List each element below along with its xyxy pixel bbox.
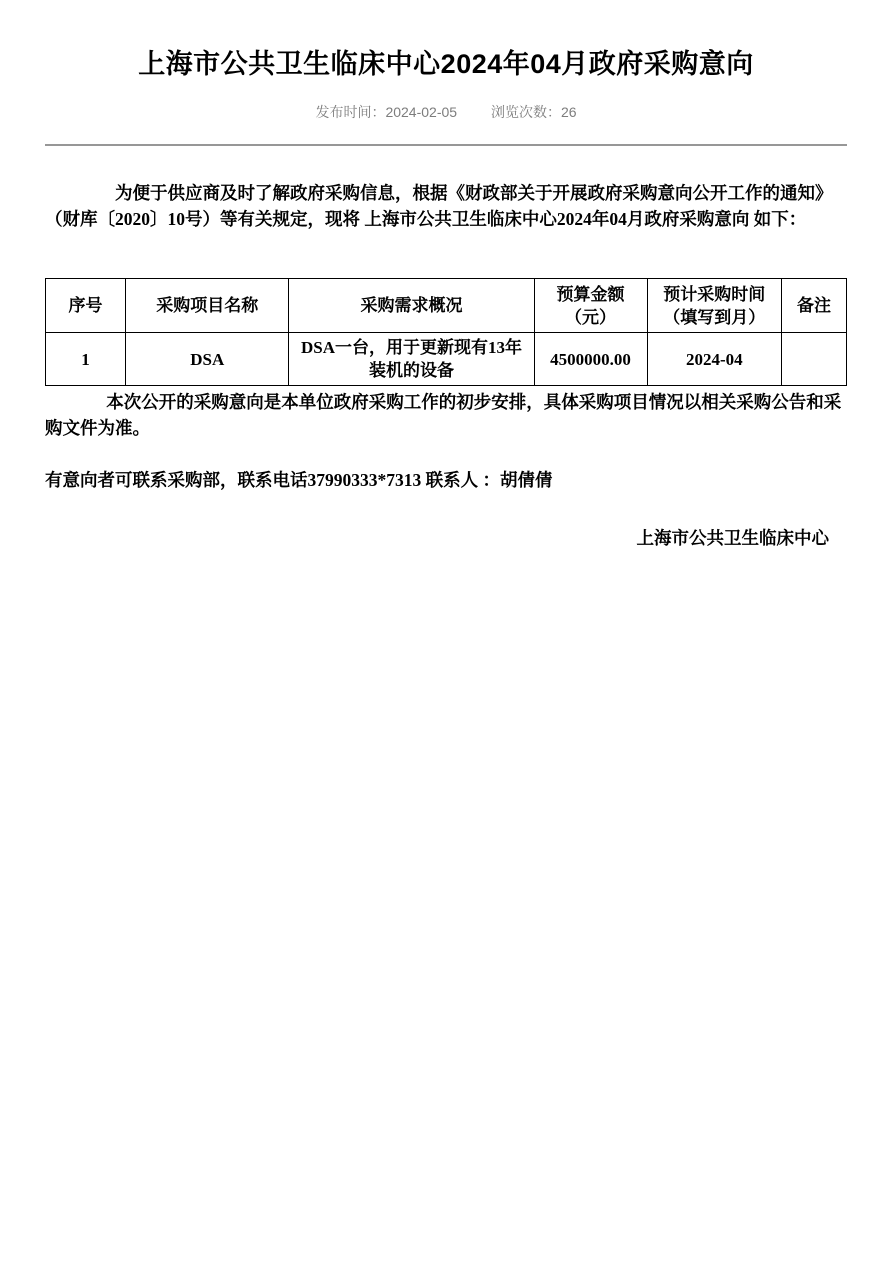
signature-org-name: 上海市公共卫生临床中心: [45, 525, 847, 551]
procurement-intent-table: 序号 采购项目名称 采购需求概况 预算金额 （元） 预计采购时间 （填写到月） …: [45, 278, 847, 386]
header-expected-time: 预计采购时间 （填写到月）: [647, 279, 782, 333]
document-page: 上海市公共卫生临床中心2024年04月政府采购意向 发布时间：2024-02-0…: [0, 0, 892, 1262]
contact-line: 有意向者可联系采购部，联系电话37990333*7313 联系人 ：胡倩倩: [45, 467, 847, 493]
cell-project-name: DSA: [126, 333, 289, 386]
header-serial-number: 序号: [46, 279, 126, 333]
note-paragraph: 本次公开的采购意向是本单位政府采购工作的初步安排，具体采购项目情况以相关采购公告…: [45, 389, 847, 441]
cell-remarks: [782, 333, 847, 386]
header-demand-overview: 采购需求概况: [289, 279, 534, 333]
publish-time: 发布时间：2024-02-05: [315, 102, 457, 122]
header-project-name: 采购项目名称: [126, 279, 289, 333]
table-row: 1 DSA DSA一台，用于更新现有13年装机的设备 4500000.00 20…: [46, 333, 847, 386]
meta-line: 发布时间：2024-02-05 浏览次数：26: [45, 102, 847, 122]
header-remarks: 备注: [782, 279, 847, 333]
intro-paragraph: 为便于供应商及时了解政府采购信息，根据《财政部关于开展政府采购意向公开工作的通知…: [45, 180, 847, 232]
table-header-row: 序号 采购项目名称 采购需求概况 预算金额 （元） 预计采购时间 （填写到月） …: [46, 279, 847, 333]
view-count: 浏览次数：26: [491, 102, 577, 122]
cell-serial-number: 1: [46, 333, 126, 386]
header-divider: [45, 144, 847, 146]
header-budget-amount: 预算金额 （元）: [534, 279, 647, 333]
cell-expected-time: 2024-04: [647, 333, 782, 386]
cell-budget-amount: 4500000.00: [534, 333, 647, 386]
cell-demand-overview: DSA一台，用于更新现有13年装机的设备: [289, 333, 534, 386]
page-title: 上海市公共卫生临床中心2024年04月政府采购意向: [45, 0, 847, 82]
